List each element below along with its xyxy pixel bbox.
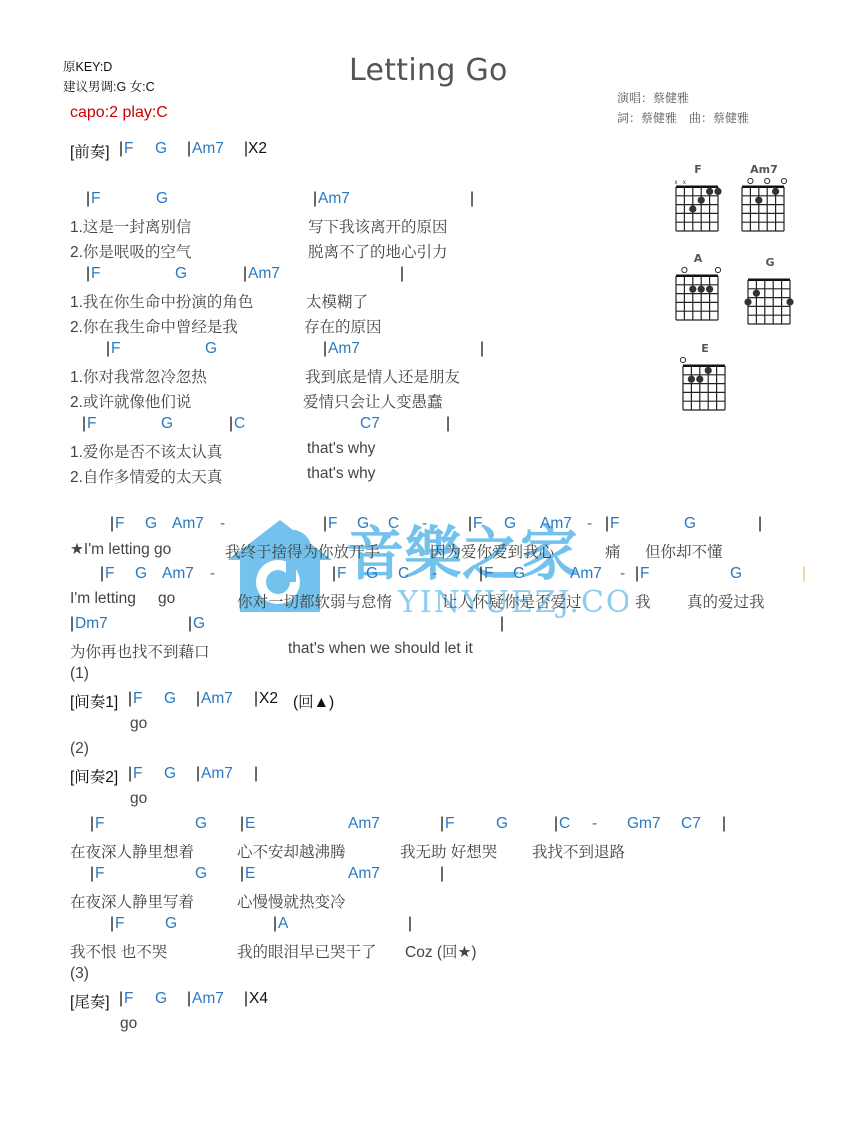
lyric-text: 2.你在我生命中曾经是我 [70, 315, 238, 337]
chord-symbol: Am7 [248, 265, 280, 283]
section-label: X2 [248, 140, 267, 158]
lyric-text: 脱离不了的地心引力 [308, 240, 448, 262]
chord-symbol: F [91, 190, 100, 208]
chord-symbol: Am7 [162, 565, 194, 583]
chord-diagram-g: G [740, 256, 800, 333]
svg-text:F: F [694, 163, 702, 176]
lyric-text: go [158, 590, 175, 608]
bar-line: | [128, 690, 132, 708]
bar-line: | [128, 765, 132, 783]
chord-symbol: C [388, 515, 399, 533]
bar-line: | [440, 865, 444, 883]
lyric-text: go [130, 715, 147, 733]
lyric-text: 我的眼泪早已哭干了 [237, 940, 377, 962]
chord-symbol: E [245, 865, 255, 883]
chord-symbol: Am7 [201, 690, 233, 708]
section-label: X2 [259, 690, 278, 708]
section-line: [尾奏]|FG|Am7|X4 [70, 990, 830, 1012]
lyric-text: 让人怀疑你是否爱过 [442, 590, 582, 612]
bar-line: | [323, 340, 327, 358]
original-key: 原KEY:D [63, 57, 112, 75]
lyric-text: 太模糊了 [306, 290, 368, 312]
chord-symbol: G [205, 340, 217, 358]
lyric-text: 真的爱过我 [687, 590, 765, 612]
lyric-text: 在夜深人静里想着 [70, 840, 194, 862]
chord-symbol: F [133, 690, 142, 708]
chord-symbol: F [105, 565, 114, 583]
lyric-line: 我不恨 也不哭我的眼泪早已哭干了Coz (回★) [70, 940, 830, 962]
chord-symbol: Am7 [172, 515, 204, 533]
chord-symbol: - [620, 565, 625, 583]
svg-text:E: E [701, 342, 709, 355]
bar-line: | [187, 990, 191, 1008]
lyric-line: I'm lettinggo你对一切都软弱与怠惰让人怀疑你是否爱过我真的爱过我 [70, 590, 830, 612]
lyric-text: (2) [70, 740, 89, 758]
lyric-text: go [120, 1015, 137, 1033]
lyric-line: go [70, 715, 830, 737]
bar-line: | [323, 515, 327, 533]
lyric-line: 1.爱你是否不该太认真that's why [70, 440, 830, 462]
bar-line: | [635, 565, 639, 583]
chord-symbol: G [195, 815, 207, 833]
bar-line: | [758, 515, 762, 533]
lyric-text: 1.你对我常忽冷忽热 [70, 365, 207, 387]
chord-symbol: G [357, 515, 369, 533]
svg-text:A: A [694, 252, 703, 265]
bar-line: | [332, 565, 336, 583]
chord-symbol: G [165, 915, 177, 933]
lyric-text: 写下我该离开的原因 [308, 215, 448, 237]
lyric-text: 2.你是呡吸的空气 [70, 240, 191, 262]
lyric-text: 我 [635, 590, 651, 612]
chord-symbol: G [513, 565, 525, 583]
lyric-text: ★I'm letting go [70, 540, 171, 559]
lyric-text: 爱情只会让人变愚蠢 [303, 390, 443, 412]
chord-symbol: C [234, 415, 245, 433]
lyric-text: 心慢慢就热变冷 [237, 890, 346, 912]
lyric-line: 2.自作多情爱的太天真that's why [70, 465, 830, 487]
bar-line: | [802, 565, 806, 583]
chord-symbol: F [328, 515, 337, 533]
bar-line: | [187, 140, 191, 158]
bar-line: | [119, 140, 123, 158]
chord-symbol: Am7 [540, 515, 572, 533]
chord-symbol: Dm7 [75, 615, 108, 633]
chord-diagram-a: A [668, 252, 728, 329]
lyric-text: 2.或许就像他们说 [70, 390, 191, 412]
section-line: [间奏1]|FG|Am7|X2(回▲) [70, 690, 830, 712]
chord-line: |FG|EAm7| [70, 865, 830, 887]
lyric-text: that's why [307, 465, 375, 483]
chord-symbol: F [95, 815, 104, 833]
svg-text:G: G [765, 256, 774, 269]
chord-symbol: G [156, 190, 168, 208]
bar-line: | [229, 415, 233, 433]
bar-line: | [480, 340, 484, 358]
lyric-text: 因为爱你爱到我心 [430, 540, 554, 562]
bar-line: | [106, 340, 110, 358]
chord-symbol: G [155, 140, 167, 158]
lyric-text: 存在的原因 [304, 315, 382, 337]
chord-symbol: G [366, 565, 378, 583]
lyric-text: 我不恨 也不哭 [70, 940, 167, 962]
chord-symbol: - [210, 565, 215, 583]
chord-symbol: G [161, 415, 173, 433]
chord-symbol: G [496, 815, 508, 833]
song-title: Letting Go [349, 53, 508, 88]
chord-symbol: Am7 [348, 865, 380, 883]
chord-symbol: G [164, 765, 176, 783]
lyric-text: 痛 [605, 540, 621, 562]
chord-diagram-f: Fxx [668, 163, 728, 240]
lyric-text: I'm letting [70, 590, 136, 608]
chord-symbol: F [115, 915, 124, 933]
lyric-line: 为你再也找不到藉口that's when we should let it [70, 640, 830, 662]
bar-line: | [722, 815, 726, 833]
section-line: [前奏]|FG|Am7|X2 [70, 140, 830, 162]
section-label: [尾奏] [70, 990, 110, 1012]
chord-line: |FGAm7-|FGC-|FGAm7-|FG| [70, 515, 830, 537]
chord-symbol: E [245, 815, 255, 833]
chord-symbol: - [432, 565, 437, 583]
section-line: [间奏2]|FG|Am7| [70, 765, 830, 787]
bar-line: | [243, 265, 247, 283]
chord-symbol: G [195, 865, 207, 883]
chord-symbol: Am7 [348, 815, 380, 833]
lyric-text: 2.自作多情爱的太天真 [70, 465, 222, 487]
chord-symbol: Am7 [192, 140, 224, 158]
bar-line: | [196, 690, 200, 708]
chord-symbol: G [684, 515, 696, 533]
chord-symbol: Am7 [328, 340, 360, 358]
bar-line: | [86, 265, 90, 283]
lyric-line: (2) [70, 740, 830, 762]
lyric-text: 但你却不懂 [645, 540, 723, 562]
bar-line: | [196, 765, 200, 783]
section-label: (回▲) [293, 690, 334, 712]
lyric-line: (3) [70, 965, 830, 987]
lyric-text: 为你再也找不到藉口 [70, 640, 210, 662]
bar-line: | [86, 190, 90, 208]
chord-symbol: F [610, 515, 619, 533]
chord-symbol: - [422, 515, 427, 533]
bar-line: | [254, 765, 258, 783]
bar-line: | [244, 990, 248, 1008]
chord-symbol: Am7 [201, 765, 233, 783]
chord-symbol: F [91, 265, 100, 283]
chord-symbol: F [640, 565, 649, 583]
chord-symbol: Am7 [318, 190, 350, 208]
bar-line: | [254, 690, 258, 708]
chord-line: |Dm7|G| [70, 615, 830, 637]
section-label: [间奏1] [70, 690, 118, 712]
lyric-text: 在夜深人静里写着 [70, 890, 194, 912]
chord-symbol: F [133, 765, 142, 783]
bar-line: | [240, 815, 244, 833]
writer-credit: 詞：蔡健雅 曲：蔡健雅 [617, 109, 749, 126]
chord-symbol: G [193, 615, 205, 633]
bar-line: | [110, 915, 114, 933]
bar-line: | [554, 815, 558, 833]
chord-symbol: G [135, 565, 147, 583]
chord-symbol: F [473, 515, 482, 533]
chord-symbol: Am7 [570, 565, 602, 583]
bar-line: | [313, 190, 317, 208]
chord-symbol: Gm7 [627, 815, 661, 833]
bar-line: | [470, 190, 474, 208]
chord-symbol: - [220, 515, 225, 533]
chord-symbol: F [445, 815, 454, 833]
chord-symbol: C7 [360, 415, 380, 433]
bar-line: | [110, 515, 114, 533]
lyric-text: (3) [70, 965, 89, 983]
chord-symbol: F [124, 140, 133, 158]
section-label: X4 [249, 990, 268, 1008]
bar-line: | [188, 615, 192, 633]
bar-line: | [479, 565, 483, 583]
lyric-text: that's why [307, 440, 375, 458]
chord-symbol: G [155, 990, 167, 1008]
lyric-line: 在夜深人静里想着心不安却越沸腾我无助 好想哭我找不到退路 [70, 840, 830, 862]
section-label: [前奏] [70, 140, 110, 162]
chord-line: |FG|A| [70, 915, 830, 937]
lyric-text: Coz (回★) [405, 940, 477, 962]
lyric-text: 我无助 好想哭 [400, 840, 497, 862]
lyric-text: that's when we should let it [288, 640, 473, 658]
lyric-text: 1.我在你生命中扮演的角色 [70, 290, 253, 312]
chord-symbol: G [175, 265, 187, 283]
bar-line: | [100, 565, 104, 583]
lyric-text: 我找不到退路 [532, 840, 625, 862]
lyric-line: ★I'm letting go我终于捨得为你放开手因为爱你爱到我心痛但你却不懂 [70, 540, 830, 562]
lyric-text: (1) [70, 665, 89, 683]
bar-line: | [408, 915, 412, 933]
chord-diagram-am7: Am7 [734, 163, 794, 240]
lyric-line: go [70, 1015, 830, 1037]
bar-line: | [500, 615, 504, 633]
chord-symbol: G [504, 515, 516, 533]
chord-symbol: - [592, 815, 597, 833]
bar-line: | [440, 815, 444, 833]
lyric-text: 心不安却越沸腾 [237, 840, 346, 862]
chord-symbol: F [111, 340, 120, 358]
chord-line: |FGAm7-|FGC-|FGAm7-|FG| [70, 565, 830, 587]
section-label: [间奏2] [70, 765, 118, 787]
chord-symbol: F [124, 990, 133, 1008]
svg-text:x: x [683, 180, 686, 186]
lyric-line: 在夜深人静里写着心慢慢就热变冷 [70, 890, 830, 912]
lyric-text: 1.爱你是否不该太认真 [70, 440, 222, 462]
chord-line: |FG|EAm7|FG|C-Gm7C7| [70, 815, 830, 837]
chord-symbol: F [87, 415, 96, 433]
bar-line: | [400, 265, 404, 283]
chord-symbol: G [145, 515, 157, 533]
chord-symbol: C7 [681, 815, 701, 833]
lyric-line: (1) [70, 665, 830, 687]
chord-symbol: C [559, 815, 570, 833]
svg-text:Am7: Am7 [750, 163, 778, 176]
singer-credit: 演唱：蔡健雅 [617, 89, 689, 106]
bar-line: | [605, 515, 609, 533]
bar-line: | [70, 615, 74, 633]
chord-symbol: F [484, 565, 493, 583]
svg-text:x: x [675, 180, 678, 186]
chord-symbol: G [730, 565, 742, 583]
suggested-key: 建议男调:G 女:C [63, 77, 155, 95]
lyric-text: 你对一切都软弱与怠惰 [237, 590, 392, 612]
capo-info: capo:2 play:C [70, 104, 168, 122]
chord-symbol: F [337, 565, 346, 583]
bar-line: | [446, 415, 450, 433]
chord-diagram-e: E [675, 342, 735, 419]
chord-symbol: - [587, 515, 592, 533]
bar-line: | [468, 515, 472, 533]
lyric-text: 我终于捨得为你放开手 [225, 540, 380, 562]
bar-line: | [82, 415, 86, 433]
chord-symbol: F [115, 515, 124, 533]
chord-symbol: G [164, 690, 176, 708]
bar-line: | [90, 815, 94, 833]
lyric-line: go [70, 790, 830, 812]
lyric-text: 我到底是情人还是朋友 [305, 365, 460, 387]
chord-symbol: C [398, 565, 409, 583]
bar-line: | [119, 990, 123, 1008]
bar-line: | [273, 915, 277, 933]
lyric-text: go [130, 790, 147, 808]
chord-symbol: Am7 [192, 990, 224, 1008]
chord-symbol: A [278, 915, 288, 933]
chord-symbol: F [95, 865, 104, 883]
bar-line: | [240, 865, 244, 883]
bar-line: | [90, 865, 94, 883]
lyric-text: 1.这是一封离别信 [70, 215, 191, 237]
